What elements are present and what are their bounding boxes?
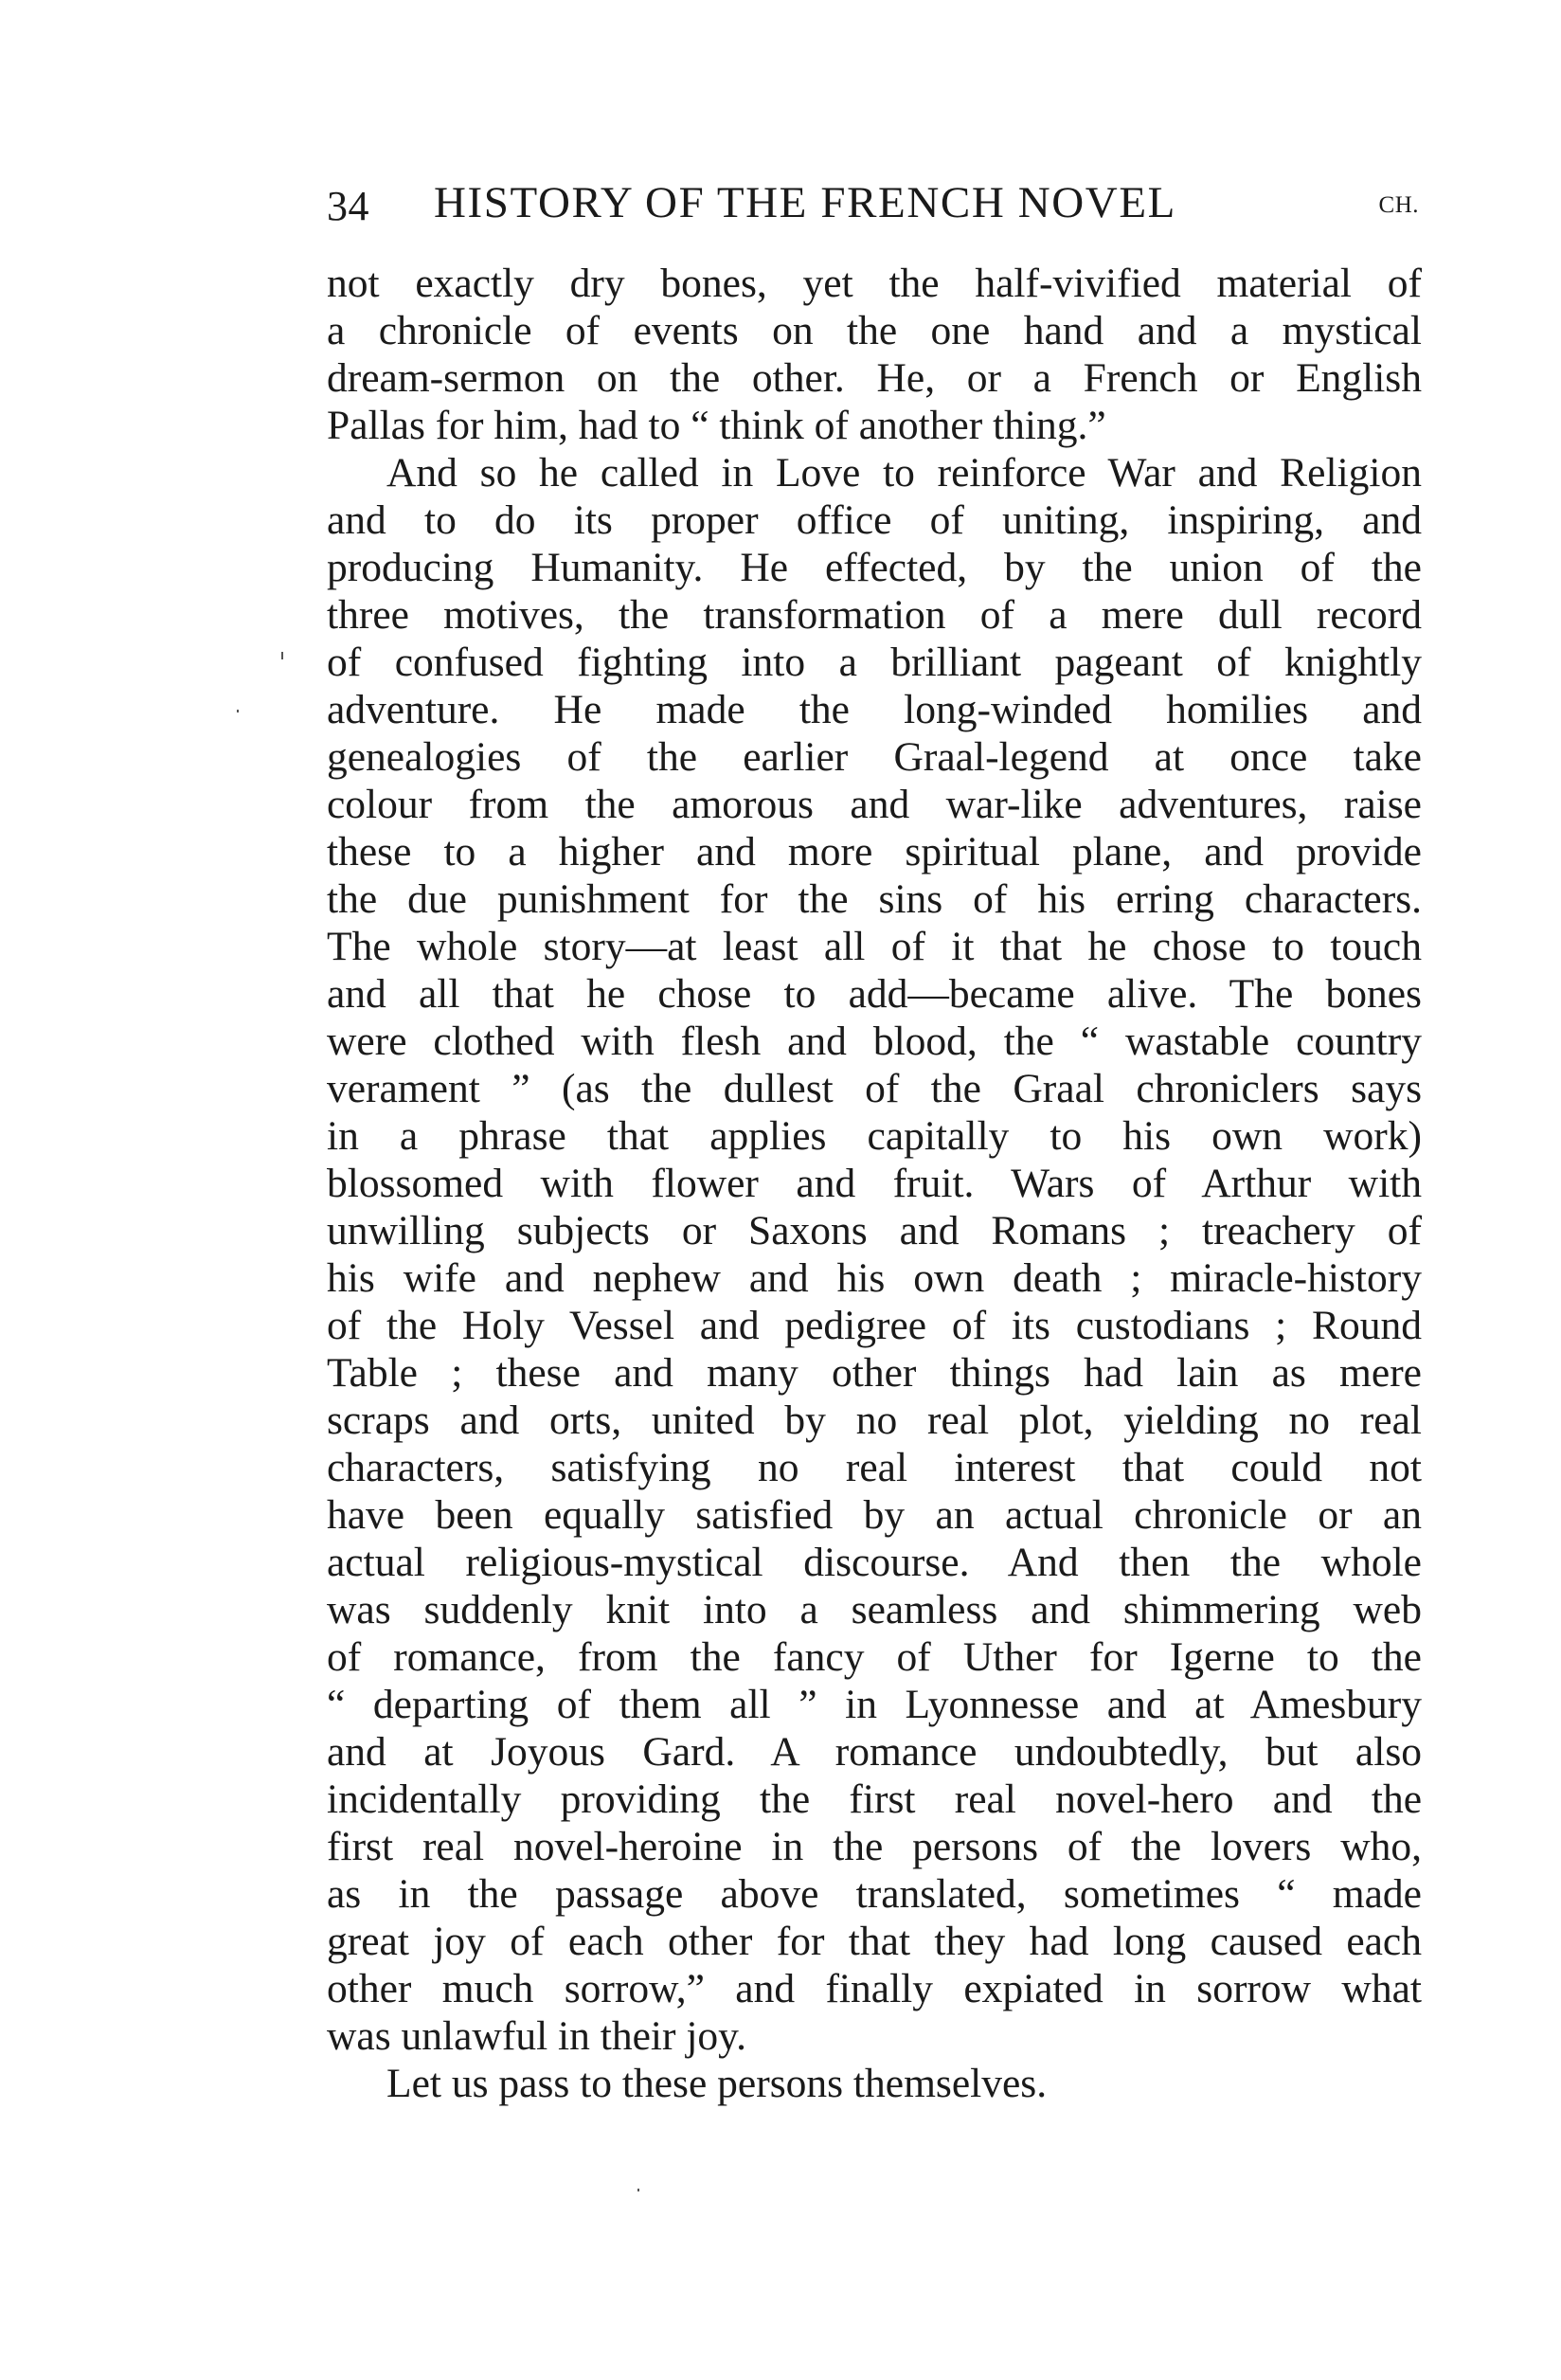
text-line: verament ” (as the dullest of the Graal … xyxy=(327,1059,1422,1107)
text-line: in a phrase that applies capitally to hi… xyxy=(327,1107,1422,1154)
margin-speck xyxy=(637,2189,639,2191)
running-head: 34 HISTORY OF THE FRENCH NOVEL CH. xyxy=(327,176,1422,229)
chapter-mark: CH. xyxy=(1379,179,1419,232)
text-line: And so he called in Love to reinforce Wa… xyxy=(327,443,1422,491)
text-line: scraps and orts, united by no real plot,… xyxy=(327,1391,1422,1438)
text-line: a chronicle of events on the one hand an… xyxy=(327,301,1422,349)
text-line: dream-sermon on the other. He, or a Fren… xyxy=(327,349,1422,396)
book-page: 34 HISTORY OF THE FRENCH NOVEL CH. not e… xyxy=(0,0,1561,2380)
text-line: of romance, from the fancy of Uther for … xyxy=(327,1628,1422,1675)
paragraph-3: Let us pass to these persons themselves. xyxy=(327,2054,1422,2101)
text-line: incidentally providing the first real no… xyxy=(327,1770,1422,1817)
text-line: colour from the amorous and war-like adv… xyxy=(327,775,1422,822)
text-line: The whole story—at least all of it that … xyxy=(327,917,1422,965)
text-line: characters, satisfying no real interest … xyxy=(327,1438,1422,1486)
text-line: unwilling subjects or Saxons and Romans … xyxy=(327,1201,1422,1249)
book-title: HISTORY OF THE FRENCH NOVEL xyxy=(434,176,1176,229)
text-line: other much sorrow,” and finally expiated… xyxy=(327,1959,1422,2007)
text-line: Pallas for him, had to “ think of anothe… xyxy=(327,396,1422,443)
text-line: the due punishment for the sins of his e… xyxy=(327,870,1422,917)
text-line: was unlawful in their joy. xyxy=(327,2007,1422,2054)
text-line: his wife and nephew and his own death ; … xyxy=(327,1249,1422,1296)
text-line: these to a higher and more spiritual pla… xyxy=(327,822,1422,870)
text-line: blossomed with flower and fruit. Wars of… xyxy=(327,1154,1422,1201)
text-line: adventure. He made the long-winded homil… xyxy=(327,680,1422,728)
margin-speck xyxy=(281,652,283,659)
paragraph-1: not exactly dry bones, yet the half-vivi… xyxy=(327,254,1422,443)
text-line: as in the passage above translated, some… xyxy=(327,1865,1422,1912)
text-line: three motives, the transformation of a m… xyxy=(327,586,1422,633)
text-line: Let us pass to these persons themselves. xyxy=(327,2054,1422,2101)
body-text: not exactly dry bones, yet the half-vivi… xyxy=(327,254,1422,2101)
text-line: have been equally satisfied by an actual… xyxy=(327,1486,1422,1533)
text-line: of confused fighting into a brilliant pa… xyxy=(327,633,1422,680)
text-line: was suddenly knit into a seamless and sh… xyxy=(327,1580,1422,1628)
text-line: Table ; these and many other things had … xyxy=(327,1343,1422,1391)
text-line: producing Humanity. He effected, by the … xyxy=(327,538,1422,586)
text-line: and to do its proper office of uniting, … xyxy=(327,491,1422,538)
text-line: genealogies of the earlier Graal-legend … xyxy=(327,728,1422,775)
text-line: and at Joyous Gard. A romance undoubtedl… xyxy=(327,1722,1422,1770)
text-line: not exactly dry bones, yet the half-vivi… xyxy=(327,254,1422,301)
text-line: of the Holy Vessel and pedigree of its c… xyxy=(327,1296,1422,1343)
margin-speck xyxy=(237,710,239,712)
text-line: were clothed with flesh and blood, the “… xyxy=(327,1012,1422,1059)
text-line: “ departing of them all ” in Lyonnesse a… xyxy=(327,1675,1422,1722)
text-line: first real novel-heroine in the persons … xyxy=(327,1817,1422,1865)
paragraph-2: And so he called in Love to reinforce Wa… xyxy=(327,443,1422,2054)
text-line: great joy of each other for that they ha… xyxy=(327,1912,1422,1959)
page-number: 34 xyxy=(327,180,369,233)
text-line: and all that he chose to add—became aliv… xyxy=(327,965,1422,1012)
text-line: actual religious-mystical discourse. And… xyxy=(327,1533,1422,1580)
